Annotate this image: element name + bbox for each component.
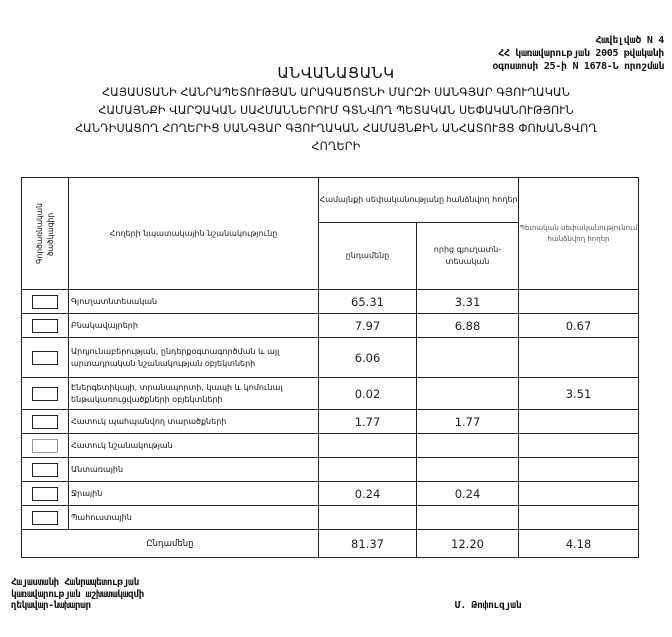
table-row: Ջրային0.240.24 bbox=[22, 482, 639, 506]
position-line: Հայաստանի Հանրապետության bbox=[11, 577, 144, 589]
subtitle-line: ՀՈՂԵՐԻ bbox=[0, 138, 672, 156]
subtitle-line: ՀԱՅԱՍՏԱՆԻ ՀԱՆՐԱՊԵՏՈՒԹՅԱՆ ԱՐԱԳԱԾՈՏՆԻ ՄԱՐԶ… bbox=[0, 84, 672, 102]
document-subtitle: ՀԱՅԱՍՏԱՆԻ ՀԱՆՐԱՊԵՏՈՒԹՅԱՆ ԱՐԱԳԱԾՈՏՆԻ ՄԱՐԶ… bbox=[0, 84, 672, 156]
code-box bbox=[32, 415, 58, 429]
land-purpose: Պահուստային bbox=[69, 506, 319, 530]
of-which-value: 3.31 bbox=[417, 290, 519, 314]
header-row-top: Գործառնական ծածկագիր Հողերի նպատակային ն… bbox=[22, 178, 639, 223]
of-which-value: 6.88 bbox=[417, 314, 519, 338]
of-which-value bbox=[417, 338, 519, 378]
code-cell bbox=[22, 482, 69, 506]
table-row: Հատուկ նշանակության bbox=[22, 434, 639, 458]
code-box bbox=[32, 295, 58, 309]
appendix-line: ՀՀ կառավարության 2005 թվականի bbox=[492, 47, 664, 60]
land-purpose: Ջրային bbox=[69, 482, 319, 506]
header-state-remaining: Պետական սեփականությունում հանձնվող հողեր bbox=[519, 178, 639, 290]
code-cell bbox=[22, 434, 69, 458]
land-purpose: Հատուկ նշանակության bbox=[69, 434, 319, 458]
header-of-which-agri: որից գյուղատն-տեսական bbox=[417, 223, 519, 290]
of-which-value bbox=[417, 506, 519, 530]
state-value bbox=[519, 506, 639, 530]
totals-of-which: 12.20 bbox=[417, 530, 519, 558]
code-box bbox=[32, 463, 58, 477]
code-cell bbox=[22, 378, 69, 410]
code-cell bbox=[22, 338, 69, 378]
header-community-group: Համայնքի սեփականությանը հանձնվող հողեր bbox=[319, 178, 519, 223]
of-which-value: 1.77 bbox=[417, 410, 519, 434]
of-which-value bbox=[417, 458, 519, 482]
total-value: 0.02 bbox=[319, 378, 417, 410]
appendix-line: Հավելված N 4 bbox=[492, 34, 664, 47]
state-value: 0.67 bbox=[519, 314, 639, 338]
of-which-value bbox=[417, 378, 519, 410]
table-row: Հատուկ պահպանվող տարածքների1.771.77 bbox=[22, 410, 639, 434]
land-purpose: Հատուկ պահպանվող տարածքների bbox=[69, 410, 319, 434]
table-row: Գյուղատնտեսական65.313.31 bbox=[22, 290, 639, 314]
total-value: 6.06 bbox=[319, 338, 417, 378]
state-value bbox=[519, 482, 639, 506]
table-row: Բնակավայրերի7.976.880.67 bbox=[22, 314, 639, 338]
code-cell bbox=[22, 410, 69, 434]
code-cell bbox=[22, 458, 69, 482]
code-cell bbox=[22, 506, 69, 530]
subtitle-line: ՀԱՆԴԻՍԱՑՈՂ ՀՈՂԵՐԻՑ ՍԱՆԳՅԱՐ ԳՅՈՒՂԱԿԱՆ ՀԱՄ… bbox=[0, 120, 672, 138]
subtitle-line: ՀԱՄԱՅՆՔԻ ՎԱՐՉԱԿԱՆ ՍԱՀՄԱՆՆԵՐՈՒՄ ԳՏՆՎՈՂ ՊԵ… bbox=[0, 102, 672, 120]
state-value bbox=[519, 458, 639, 482]
header-code: Գործառնական ծածկագիր bbox=[22, 178, 69, 290]
table-row: Արդյունաբերության, ընդերքօգտագործման և ա… bbox=[22, 338, 639, 378]
total-value bbox=[319, 434, 417, 458]
state-value: 3.51 bbox=[519, 378, 639, 410]
state-value bbox=[519, 290, 639, 314]
total-value: 65.31 bbox=[319, 290, 417, 314]
state-value bbox=[519, 338, 639, 378]
code-box bbox=[32, 511, 58, 525]
land-purpose: Էներգետիկայի, տրանսպորտի, կապի և կոմունա… bbox=[69, 378, 319, 410]
signatory-name: Մ. Թոփուզյան bbox=[455, 600, 521, 611]
totals-row: Ընդամենը81.3712.204.18 bbox=[22, 530, 639, 558]
land-purpose: Արդյունաբերության, ընդերքօգտագործման և ա… bbox=[69, 338, 319, 378]
totals-state: 4.18 bbox=[519, 530, 639, 558]
code-box bbox=[32, 439, 58, 453]
total-value bbox=[319, 458, 417, 482]
table-row: Պահուստային bbox=[22, 506, 639, 530]
totals-label: Ընդամենը bbox=[22, 530, 319, 558]
table-row: Էներգետիկայի, տրանսպորտի, կապի և կոմունա… bbox=[22, 378, 639, 410]
land-table: Գործառնական ծածկագիր Հողերի նպատակային ն… bbox=[21, 177, 639, 558]
total-value: 7.97 bbox=[319, 314, 417, 338]
code-box bbox=[32, 351, 58, 365]
position-line: կառավարության աշխատակազմի bbox=[11, 589, 144, 601]
state-value bbox=[519, 434, 639, 458]
code-cell bbox=[22, 314, 69, 338]
land-purpose: Գյուղատնտեսական bbox=[69, 290, 319, 314]
position-line: ղեկավար-նախարար bbox=[11, 600, 144, 612]
code-box bbox=[32, 487, 58, 501]
code-box bbox=[32, 319, 58, 333]
totals-total: 81.37 bbox=[319, 530, 417, 558]
total-value: 1.77 bbox=[319, 410, 417, 434]
code-cell bbox=[22, 290, 69, 314]
of-which-value: 0.24 bbox=[417, 482, 519, 506]
header-purpose: Հողերի նպատակային նշանակությունը bbox=[69, 178, 319, 290]
signatory-position: Հայաստանի Հանրապետության կառավարության ա… bbox=[11, 577, 144, 612]
of-which-value bbox=[417, 434, 519, 458]
land-purpose: Անտառային bbox=[69, 458, 319, 482]
total-value bbox=[319, 506, 417, 530]
land-purpose: Բնակավայրերի bbox=[69, 314, 319, 338]
total-value: 0.24 bbox=[319, 482, 417, 506]
header-total: ընդամենը bbox=[319, 223, 417, 290]
table-row: Անտառային bbox=[22, 458, 639, 482]
code-box bbox=[32, 387, 58, 401]
state-value bbox=[519, 410, 639, 434]
document-title: ԱՆՎԱՆԱՑԱՆԿ bbox=[0, 64, 672, 82]
